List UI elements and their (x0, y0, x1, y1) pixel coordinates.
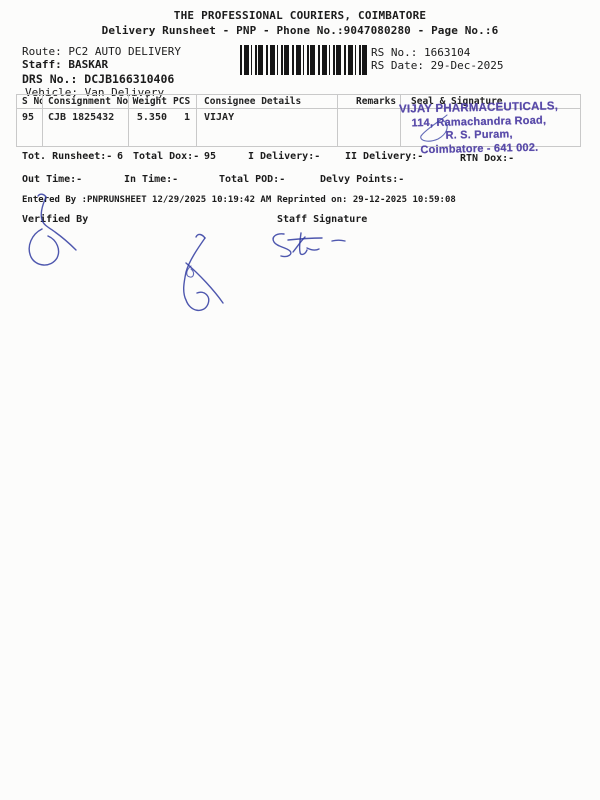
staff-signature-label: Staff Signature (277, 214, 367, 225)
header-pcs: PCS (173, 95, 197, 108)
runsheet-subtitle: Delivery Runsheet - PNP - Phone No.:9047… (0, 24, 600, 37)
in-time-label: In Time:- (124, 174, 178, 185)
cell-consignee: VIJAY (197, 109, 338, 146)
header-consignee-details: Consignee Details (197, 95, 338, 108)
reprinted-on-line: Reprinted on: 29-12-2025 10:59:08 (277, 195, 456, 205)
header-weight: Weight (129, 95, 173, 108)
total-pod-label: Total POD:- (219, 174, 285, 185)
route-line: Route: PC2 AUTO DELIVERY (22, 45, 181, 58)
rs-no-line: RS No.: 1663104 (371, 46, 470, 59)
total-dox-label: Total Dox:- (133, 151, 199, 162)
cell-weight: 5.350 (129, 109, 173, 146)
cell-pcs: 1 (173, 109, 197, 146)
entered-by-line: Entered By :PNPRUNSHEET 12/29/2025 10:19… (22, 195, 271, 205)
tot-runsheet-label: Tot. Runsheet:- (22, 151, 112, 162)
delvy-points-label: Delvy Points:- (320, 174, 404, 185)
header-s-no: S No (17, 95, 43, 108)
drs-no-line: DRS No.: DCJB166310406 (22, 72, 174, 86)
courier-ink-signature (184, 234, 223, 310)
out-time-label: Out Time:- (22, 174, 82, 185)
verified-by-label: Verified By (22, 214, 88, 225)
staff-ink-signature (273, 233, 345, 257)
rtn-dox-label: RTN Dox:- (460, 153, 514, 164)
barcode-image (240, 45, 368, 75)
ii-delivery-label: II Delivery:- (345, 151, 423, 162)
consignee-rubber-stamp: VIJAY PHARMACEUTICALS, 114, Ramachandra … (382, 100, 575, 158)
rs-date-line: RS Date: 29-Dec-2025 (371, 59, 503, 72)
company-title: THE PROFESSIONAL COURIERS, COIMBATORE (0, 9, 600, 22)
cell-s-no: 95 (17, 109, 43, 146)
header-consignment-no: Consignment No (43, 95, 129, 108)
tot-runsheet-value: 6 (117, 151, 123, 162)
delivery-runsheet-document: THE PROFESSIONAL COURIERS, COIMBATORE De… (0, 0, 600, 800)
staff-line: Staff: BASKAR (22, 58, 108, 71)
total-dox-value: 95 (204, 151, 216, 162)
i-delivery-label: I Delivery:- (248, 151, 320, 162)
cell-consignment-no: CJB 1825432 (43, 109, 129, 146)
